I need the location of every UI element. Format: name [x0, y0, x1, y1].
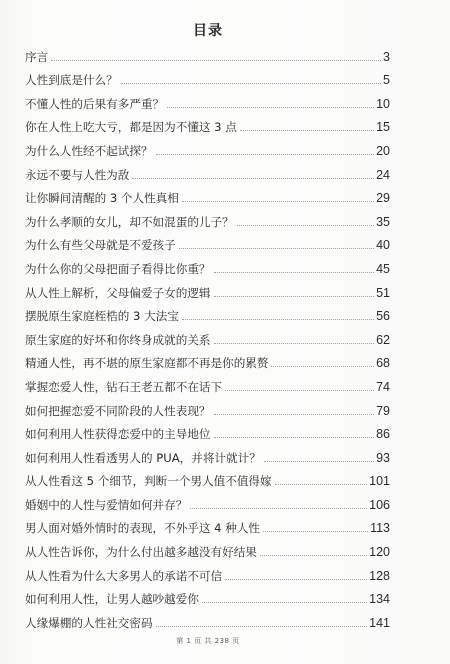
toc-entry[interactable]: 从人性看这 5 个细节，判断一个男人值不值得嫁101 [25, 465, 390, 489]
toc-entry[interactable]: 婚姻中的人性与爱情如何并存？106 [25, 488, 390, 512]
toc-entry-page: 10 [376, 97, 390, 111]
toc-entry-title: 为什么有些父母就是不爱孩子 [25, 238, 176, 252]
toc-entry-page: 29 [376, 191, 390, 205]
toc-entry-title: 掌握恋爱人性，钻石王老五都不在话下 [25, 380, 222, 394]
toc-entry-title: 人性到底是什么？ [25, 73, 118, 87]
toc-entry-title: 为什么人性经不起试探？ [25, 144, 153, 158]
toc-entry-title: 从人性上解析，父母偏爱子女的逻辑 [25, 286, 211, 300]
toc-entry-page: 134 [369, 592, 390, 606]
toc-entry[interactable]: 掌握恋爱人性，钻石王老五都不在话下74 [25, 370, 390, 394]
toc-entry[interactable]: 人性到底是什么？5 [25, 64, 390, 88]
toc-entry-title: 婚姻中的人性与爱情如何并存？ [25, 498, 187, 512]
dot-leader [51, 59, 381, 61]
toc-entry-page: 74 [376, 380, 390, 394]
dot-leader [214, 413, 375, 415]
toc-entry-page: 120 [369, 545, 390, 559]
toc-entry-page: 93 [376, 451, 390, 465]
dot-leader [121, 82, 381, 84]
dot-leader [156, 625, 368, 627]
toc-entry-page: 15 [376, 120, 390, 134]
dot-leader [237, 224, 374, 226]
toc-entry[interactable]: 从人性看为什么大多男人的承诺不可信128 [25, 559, 390, 583]
toc-entry-title: 从人性看这 5 个细节，判断一个男人值不值得嫁 [25, 474, 272, 488]
toc-entry[interactable]: 如何利用人性获得恋爱中的主导地位86 [25, 418, 390, 442]
toc-entry-page: 68 [376, 356, 390, 370]
toc-entry[interactable]: 让你瞬间清醒的 3 个人性真相29 [25, 182, 390, 206]
dot-leader [225, 389, 374, 391]
toc-entry-page: 5 [383, 73, 390, 87]
toc-entry-page: 106 [369, 498, 390, 512]
toc-entry-title: 让你瞬间清醒的 3 个人性真相 [25, 191, 179, 205]
dot-leader [179, 247, 374, 249]
toc-entry-title: 你在人性上吃大亏，都是因为不懂这 3 点 [25, 120, 237, 134]
toc-entry-title: 永远不要与人性为敌 [25, 168, 129, 182]
dot-leader [264, 460, 374, 462]
toc-entry[interactable]: 如何利用人性看透男人的 PUA，并将计就计？93 [25, 441, 390, 465]
dot-leader [182, 200, 374, 202]
toc-entry[interactable]: 为什么有些父母就是不爱孩子40 [25, 229, 390, 253]
toc-entry[interactable]: 精通人性，再不堪的原生家庭都不再是你的累赘68 [25, 347, 390, 371]
toc-entry[interactable]: 为什么人性经不起试探？20 [25, 134, 390, 158]
toc-entry[interactable]: 从人性告诉你，为什么付出越多越没有好结果120 [25, 535, 390, 559]
dot-leader [263, 530, 368, 532]
toc-entry[interactable]: 为什么你的父母把面子看得比你重？45 [25, 252, 390, 276]
toc-title: 目录 [0, 20, 416, 40]
toc-entry-page: 101 [369, 474, 390, 488]
dot-leader [214, 271, 375, 273]
toc-entry-title: 摆脱原生家庭桎梏的 3 大法宝 [25, 309, 179, 323]
toc-entry-page: 113 [370, 521, 390, 535]
dot-leader [214, 342, 375, 344]
toc-entry-title: 如何利用人性获得恋爱中的主导地位 [25, 427, 211, 441]
dot-leader [275, 483, 368, 485]
toc-entry-title: 精通人性，再不堪的原生家庭都不再是你的累赘 [25, 356, 268, 370]
dot-leader [214, 436, 375, 438]
toc-list: 序言3 人性到底是什么？5 不懂人性的后果有多严重？10 你在人性上吃大亏，都是… [25, 40, 390, 630]
toc-entry[interactable]: 永远不要与人性为敌24 [25, 158, 390, 182]
dot-leader [225, 578, 367, 580]
toc-entry-page: 141 [369, 616, 390, 630]
toc-entry-page: 79 [376, 404, 390, 418]
toc-entry-title: 原生家庭的好坏和你终身成就的关系 [25, 333, 211, 347]
toc-entry-page: 24 [376, 168, 390, 182]
dot-leader [260, 554, 367, 556]
document-page: 目录 序言3 人性到底是什么？5 不懂人性的后果有多严重？10 你在人性上吃大亏… [0, 0, 450, 664]
dot-leader [132, 177, 374, 179]
toc-entry-page: 51 [376, 286, 390, 300]
dot-leader [182, 318, 374, 320]
toc-entry-title: 为什么你的父母把面子看得比你重？ [25, 262, 211, 276]
dot-leader [167, 106, 374, 108]
toc-entry-title: 为什么孝顺的女儿，却不如混蛋的儿子？ [25, 215, 234, 229]
toc-entry[interactable]: 摆脱原生家庭桎梏的 3 大法宝56 [25, 300, 390, 324]
toc-entry-title: 如何把握恋爱不同阶段的人性表现？ [25, 404, 211, 418]
toc-entry-title: 如何利用人性看透男人的 PUA，并将计就计？ [25, 451, 261, 465]
toc-entry-page: 35 [376, 215, 390, 229]
dot-leader [156, 153, 375, 155]
toc-entry[interactable]: 你在人性上吃大亏，都是因为不懂这 3 点15 [25, 111, 390, 135]
toc-entry-page: 40 [376, 238, 390, 252]
toc-entry-title: 序言 [25, 50, 48, 64]
toc-entry-page: 62 [376, 333, 390, 347]
toc-entry[interactable]: 男人面对婚外情时的表现，不外乎这 4 种人性113 [25, 512, 390, 536]
toc-entry-page: 45 [376, 262, 390, 276]
toc-entry[interactable]: 人缘爆棚的人性社交密码141 [25, 606, 390, 630]
toc-entry[interactable]: 序言3 [25, 40, 390, 64]
toc-entry[interactable]: 原生家庭的好坏和你终身成就的关系62 [25, 323, 390, 347]
page-number-footer: 第 1 页 共 238 页 [0, 636, 416, 646]
dot-leader [240, 129, 374, 131]
toc-entry-title: 如何利用人性，让男人越吵越爱你 [25, 592, 199, 606]
dot-leader [271, 365, 374, 367]
toc-entry-page: 128 [369, 569, 390, 583]
dot-leader [214, 295, 375, 297]
toc-entry-title: 从人性看为什么大多男人的承诺不可信 [25, 569, 222, 583]
toc-entry-page: 3 [383, 50, 390, 64]
toc-entry-title: 从人性告诉你，为什么付出越多越没有好结果 [25, 545, 257, 559]
toc-entry-title: 不懂人性的后果有多严重？ [25, 97, 164, 111]
toc-entry[interactable]: 不懂人性的后果有多严重？10 [25, 87, 390, 111]
toc-entry[interactable]: 如何把握恋爱不同阶段的人性表现？79 [25, 394, 390, 418]
toc-entry-title: 人缘爆棚的人性社交密码 [25, 616, 153, 630]
toc-entry[interactable]: 如何利用人性，让男人越吵越爱你134 [25, 583, 390, 607]
dot-leader [202, 601, 367, 603]
toc-entry[interactable]: 从人性上解析，父母偏爱子女的逻辑51 [25, 276, 390, 300]
toc-entry[interactable]: 为什么孝顺的女儿，却不如混蛋的儿子？35 [25, 205, 390, 229]
toc-entry-page: 20 [376, 144, 390, 158]
dot-leader [190, 507, 367, 509]
toc-entry-page: 86 [376, 427, 390, 441]
toc-entry-page: 56 [376, 309, 390, 323]
toc-entry-title: 男人面对婚外情时的表现，不外乎这 4 种人性 [25, 521, 260, 535]
